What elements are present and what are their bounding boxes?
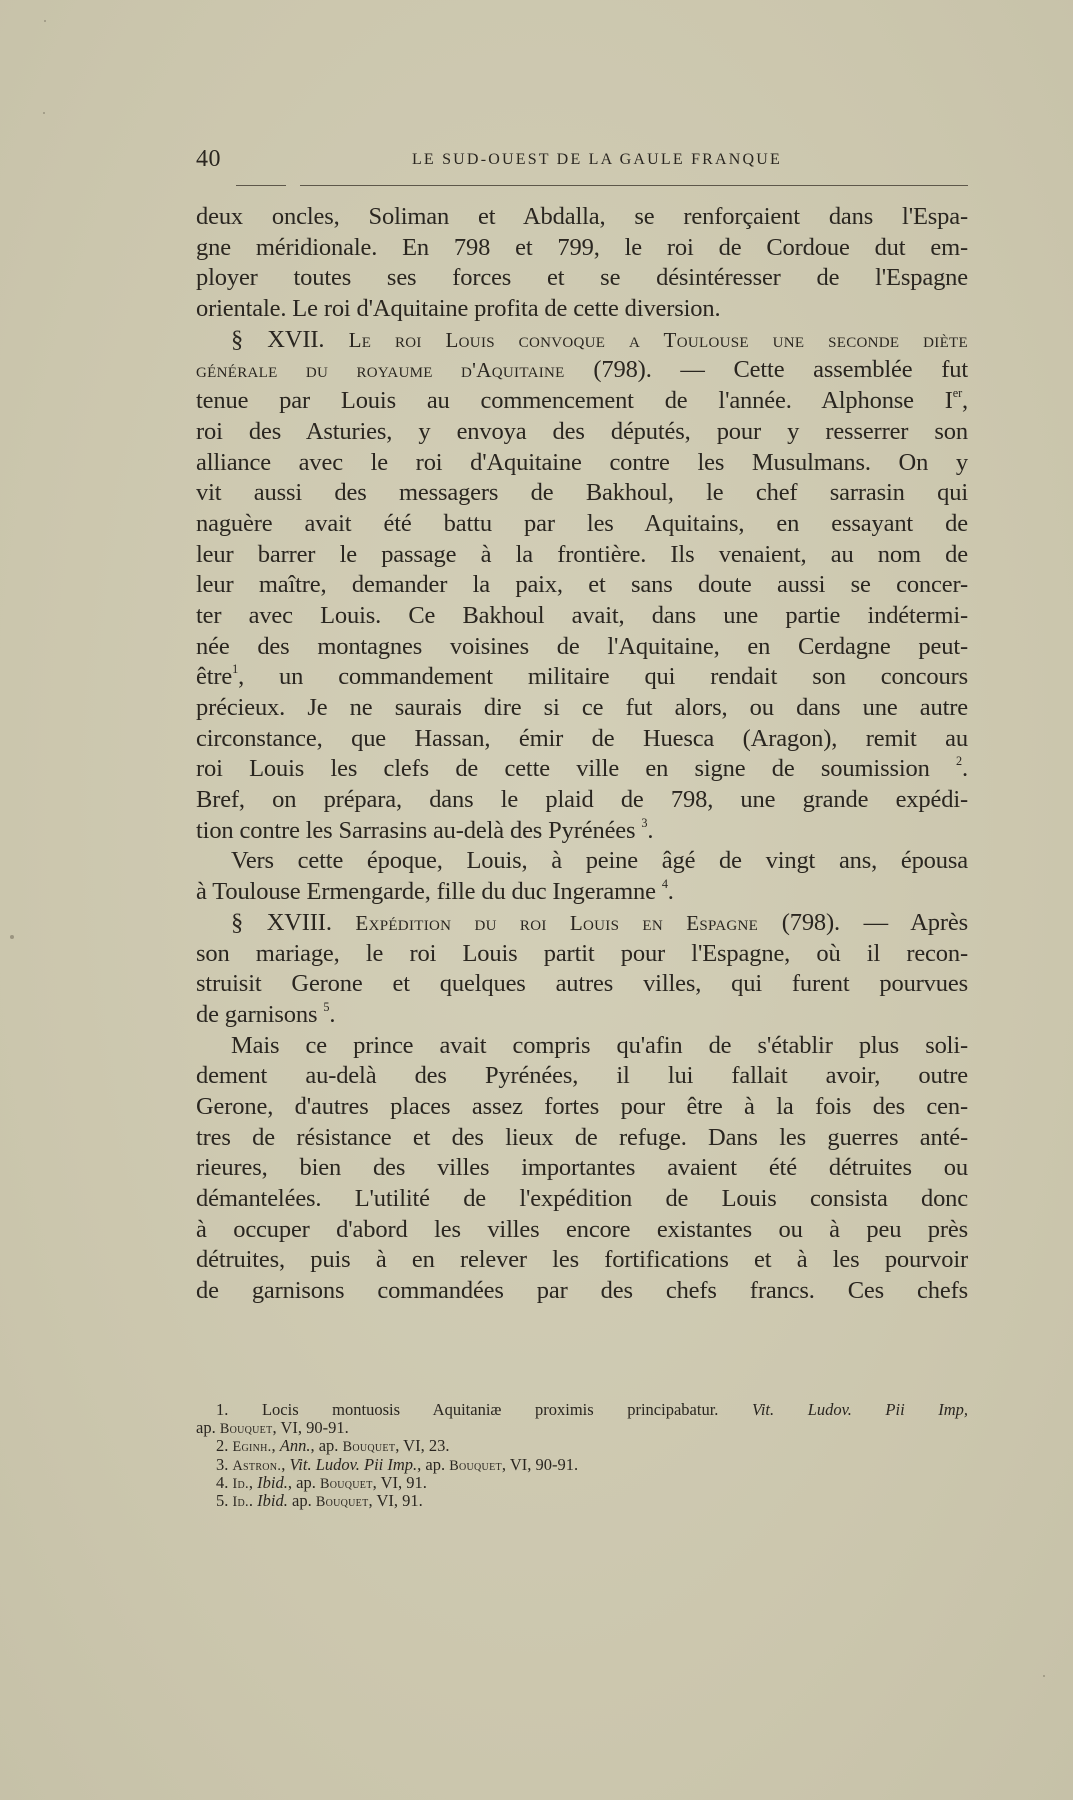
text-line: roi des Asturies, y envoya des députés, …: [196, 417, 968, 448]
text-line: Vers cette époque, Louis, à peine âgé de…: [196, 846, 968, 877]
text-line: alliance avec le roi d'Aquitaine contre …: [196, 448, 968, 479]
paper-speck: [10, 935, 14, 939]
text-line: précieux. Je ne saurais dire si ce fut a…: [196, 693, 968, 724]
text-line: orientale. Le roi d'Aquitaine profita de…: [196, 294, 968, 325]
text-line: à Toulouse Ermengarde, fille du duc Inge…: [196, 877, 968, 908]
text-line: circonstance, que Hassan, émir de Huesca…: [196, 724, 968, 755]
text-line: dement au-delà des Pyrénées, il lui fall…: [196, 1061, 968, 1092]
text-line: leur maître, demander la paix, et sans d…: [196, 570, 968, 601]
text-line: née des montagnes voisines de l'Aquitain…: [196, 632, 968, 663]
text-line: rieures, bien des villes importantes ava…: [196, 1153, 968, 1184]
running-title: LE SUD-OUEST DE LA GAULE FRANQUE: [196, 151, 968, 169]
text-line: naguère avait été battu par les Aquitain…: [196, 509, 968, 540]
header-rule-short: [236, 185, 286, 186]
section-number: § XVII.: [231, 326, 324, 353]
text-line: générale du royaume d'Aquitaine (798). —…: [196, 355, 968, 386]
section-title: générale du royaume d'Aquitaine: [196, 358, 565, 382]
footnote-1-cont: ap. Bouquet, VI, 90-91.: [196, 1419, 968, 1437]
section-heading-xviii: § XVIII. Expédition du roi Louis en Espa…: [196, 908, 968, 939]
text-line: Bref, on prépara, dans le plaid de 798, …: [196, 785, 968, 816]
text-line: de garnisons 5.: [196, 1000, 968, 1031]
text-line: struisit Gerone et quelques autres ville…: [196, 969, 968, 1000]
footnote-4: 4. Id., Ibid., ap. Bouquet, VI, 91.: [196, 1474, 968, 1492]
text-line: de garnisons commandées par des chefs fr…: [196, 1276, 968, 1307]
text-line: gne méridionale. En 798 et 799, le roi d…: [196, 233, 968, 264]
footnotes: 1. Locis montuosis Aquitaniæ proximis pr…: [196, 1401, 968, 1510]
footnote-3: 3. Astron., Vit. Ludov. Pii Imp., ap. Bo…: [196, 1456, 968, 1474]
header-rule: [300, 185, 968, 186]
section-number: § XVIII.: [231, 909, 332, 936]
section-title: Le roi Louis convoque a Toulouse une sec…: [349, 328, 968, 352]
text-line: à occuper d'abord les villes encore exis…: [196, 1215, 968, 1246]
section-title: Expédition du roi Louis en Espagne: [355, 911, 758, 935]
paper-speck: [1043, 1675, 1045, 1677]
text-line: détruites, puis à en relever les fortifi…: [196, 1245, 968, 1276]
text-line: leur barrer le passage à la frontière. I…: [196, 540, 968, 571]
text-line: roi Louis les clefs de cette ville en si…: [196, 754, 968, 785]
text-line: tenue par Louis au commencement de l'ann…: [196, 386, 968, 417]
body-text: deux oncles, Soliman et Abdalla, se renf…: [196, 202, 968, 1307]
text-line: vit aussi des messagers de Bakhoul, le c…: [196, 478, 968, 509]
text-line: ter avec Louis. Ce Bakhoul avait, dans u…: [196, 601, 968, 632]
footnote-5: 5. Id.. Ibid. ap. Bouquet, VI, 91.: [196, 1492, 968, 1510]
text-line: Gerone, d'autres places assez fortes pou…: [196, 1092, 968, 1123]
text-line: démantelées. L'utilité de l'expédition d…: [196, 1184, 968, 1215]
paper-speck: [44, 20, 46, 22]
text-line: deux oncles, Soliman et Abdalla, se renf…: [196, 202, 968, 233]
footnote-2: 2. Eginh., Ann., ap. Bouquet, VI, 23.: [196, 1437, 968, 1455]
paper-speck: [43, 112, 45, 114]
text-line: Mais ce prince avait compris qu'afin de …: [196, 1031, 968, 1062]
text-line: son mariage, le roi Louis partit pour l'…: [196, 939, 968, 970]
text-line: ployer toutes ses forces et se désintére…: [196, 263, 968, 294]
text-line: être1, un commandement militaire qui ren…: [196, 662, 968, 693]
section-heading-xvii: § XVII. Le roi Louis convoque a Toulouse…: [196, 325, 968, 356]
text-line: tres de résistance et des lieux de refug…: [196, 1123, 968, 1154]
footnote-1: 1. Locis montuosis Aquitaniæ proximis pr…: [196, 1401, 968, 1419]
text-line: tion contre les Sarrasins au-delà des Py…: [196, 816, 968, 847]
running-head: 40 LE SUD-OUEST DE LA GAULE FRANQUE: [196, 146, 968, 176]
